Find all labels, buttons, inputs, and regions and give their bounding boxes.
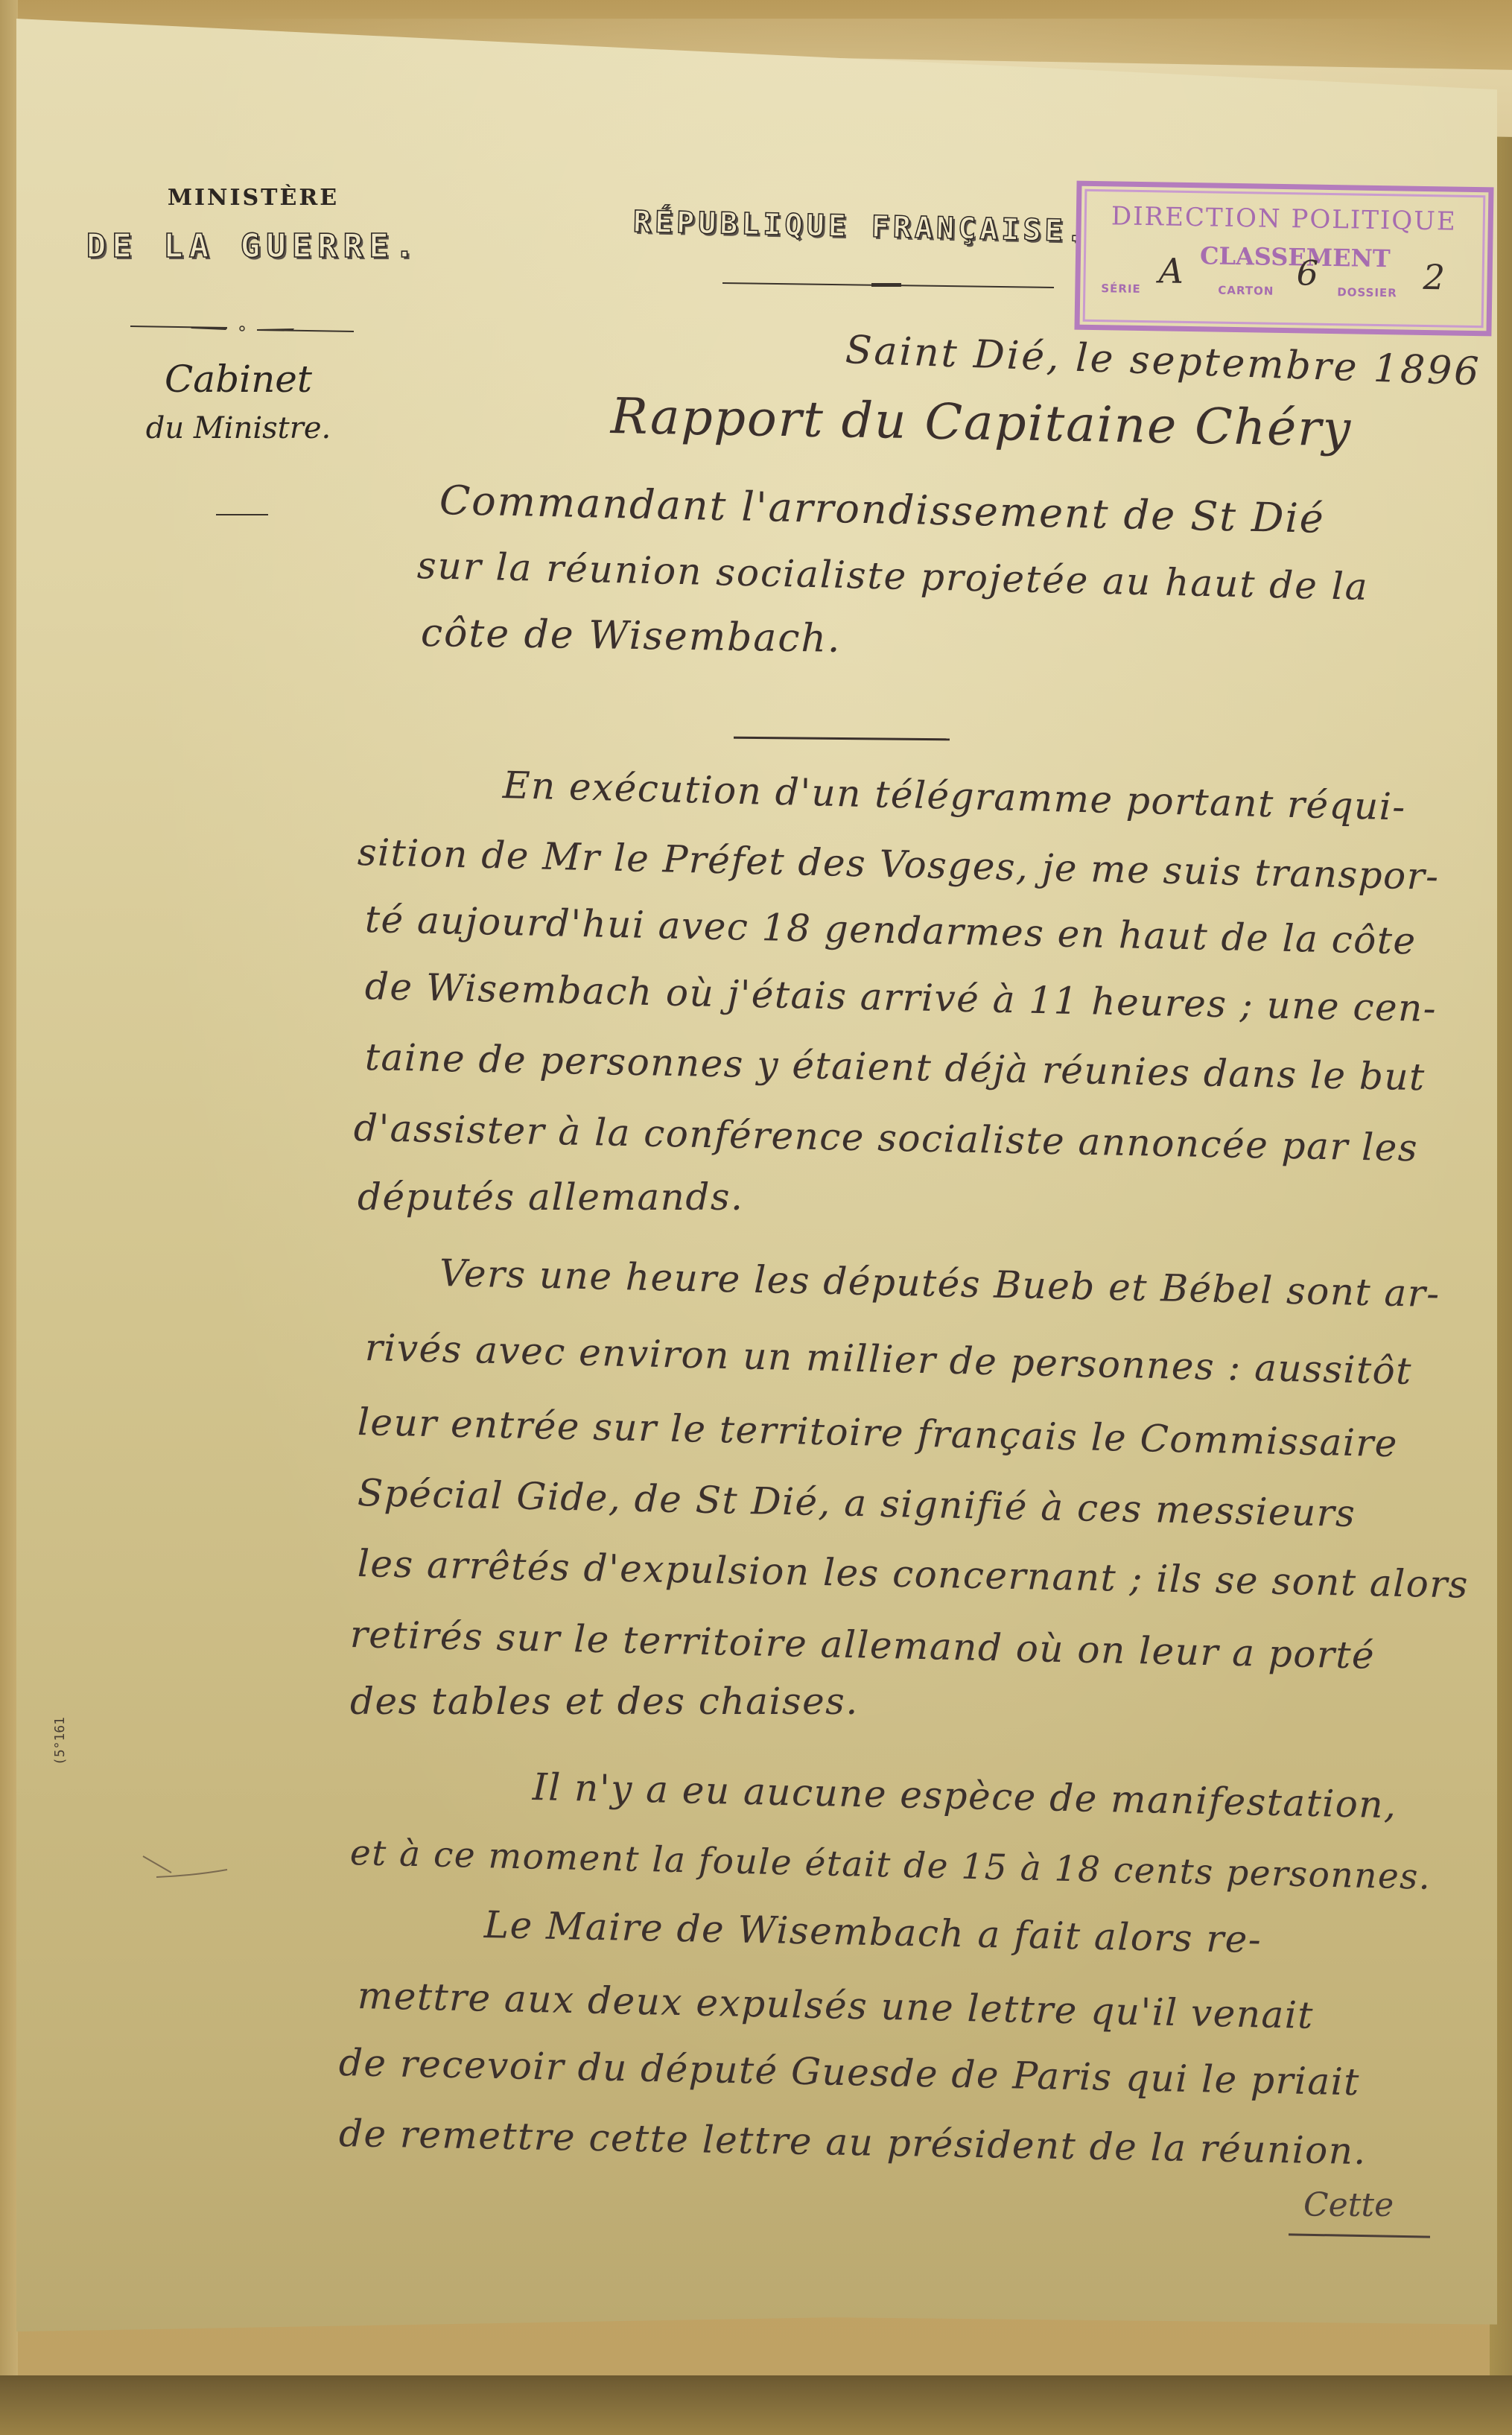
title-line-4: côte de Wisembach.	[421, 611, 842, 661]
backdrop-bottom	[0, 2375, 1512, 2435]
short-rule	[216, 514, 268, 515]
stamp-label-carton: CARTON	[1218, 284, 1274, 298]
stamp-label-dossier: DOSSIER	[1337, 285, 1397, 299]
stamp-direction: DIRECTION POLITIQUE	[1111, 201, 1470, 237]
stamp-value-serie: A	[1158, 250, 1184, 291]
stamp-value-dossier: 2	[1423, 257, 1445, 297]
classification-stamp: DIRECTION POLITIQUE CLASSEMENT SÉRIE A C…	[1074, 181, 1493, 337]
ornament-divider-icon	[130, 323, 354, 333]
body-line-7: députés allemands.	[358, 1175, 743, 1219]
cabinet-heading: Cabinet du Ministre.	[89, 358, 387, 445]
margin-reference-number: (5°161	[52, 1717, 68, 1765]
ministry-letterhead: MINISTÈRE DE LA GUERRE.	[82, 185, 425, 265]
backdrop-left	[0, 0, 18, 2435]
stamp-label-serie: SÉRIE	[1101, 282, 1141, 296]
stamp-value-carton: 6	[1296, 253, 1318, 293]
republic-rule-ornament-icon	[722, 282, 1054, 289]
pencil-tick-mark-icon	[142, 1855, 231, 1885]
catchword: Cette	[1303, 2186, 1394, 2224]
ministry-line-2: DE LA GUERRE.	[82, 227, 425, 265]
cabinet-line-2: du Ministre.	[89, 411, 387, 445]
ministry-line-1: MINISTÈRE	[82, 185, 425, 211]
body-line-14: des tables et des chaises.	[350, 1680, 859, 1723]
cabinet-line-1: Cabinet	[89, 358, 387, 401]
stamp-classement: CLASSEMENT	[1200, 241, 1391, 273]
